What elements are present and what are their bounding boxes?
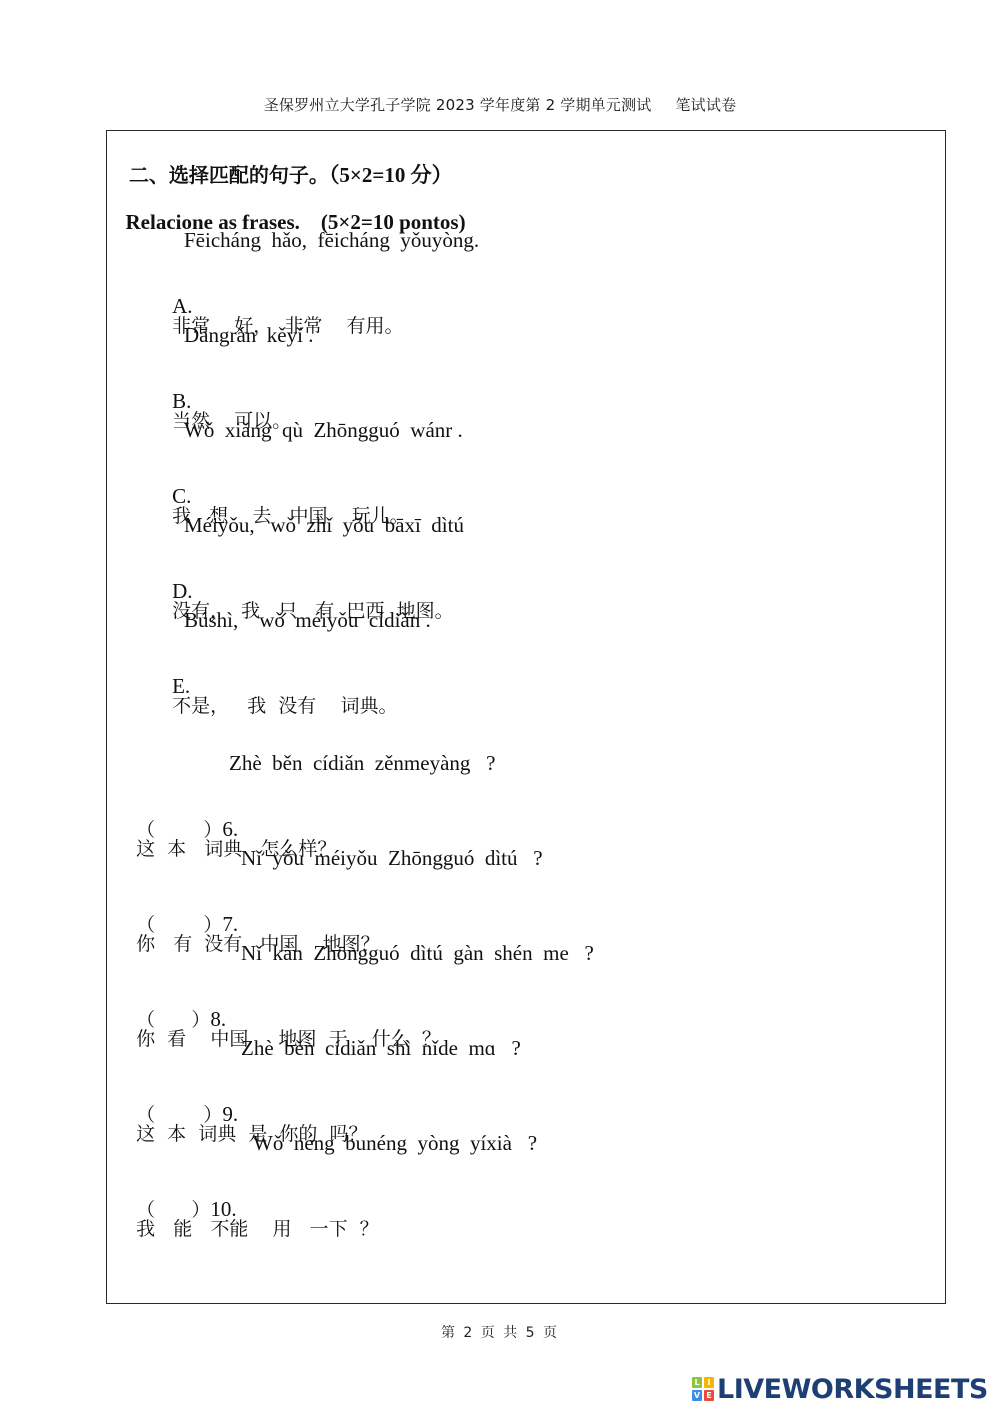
option-a-pinyin: Fēicháng hǎo, fēicháng yǒuyòng. xyxy=(184,230,479,251)
brand-name: LIVEWORKSHEETS xyxy=(717,1374,988,1405)
section-score-cn: （5×2=10 分） xyxy=(329,163,453,187)
question-8-pinyin: Nǐ kàn Zhōngguó dìtú gàn shén me ? xyxy=(241,943,594,964)
question-9-pinyin: Zhè běn cídiǎn shì nǐde mɑ ? xyxy=(241,1038,521,1059)
option-c-pinyin: Wǒ xiǎng qù Zhōngguó wánr . xyxy=(184,420,463,441)
option-e-pinyin: Búshì, wǒ méiyǒu cídiǎn . xyxy=(184,610,431,631)
page-number: 第 2 页 共 5 页 xyxy=(0,1322,1000,1342)
question-6-pinyin: Zhè běn cídiǎn zěnmeyàng ? xyxy=(229,753,495,774)
header-paper-type: 笔试试卷 xyxy=(675,96,736,114)
option-d-pinyin: Méiyǒu, wǒ zhǐ yǒu bāxī dìtú xyxy=(184,515,464,536)
logo-tile-i: I xyxy=(704,1377,714,1388)
page-header: 圣保罗州立大学孔子学院 2023 学年度第 2 学期单元测试笔试试卷 xyxy=(0,94,1000,115)
header-title: 圣保罗州立大学孔子学院 2023 学年度第 2 学期单元测试 xyxy=(264,96,652,114)
logo-tile-e: E xyxy=(704,1390,714,1401)
option-e: E. 不是， 我 没有 词典。 xyxy=(160,657,397,716)
option-b-pinyin: Dāngrán kěyǐ . xyxy=(184,325,313,346)
logo-tile-v: V xyxy=(692,1390,702,1401)
option-e-hanzi: 不是， 我 没有 词典。 xyxy=(172,695,397,717)
liveworksheets-brand: L I V E LIVEWORKSHEETS xyxy=(692,1374,988,1404)
question-10-hanzi: 我 能 不能 用 一下 ？ xyxy=(136,1218,379,1240)
question-10-pinyin: Wǒ néng bunéng yòng yíxià ? xyxy=(253,1133,537,1154)
question-10: （ ）10. 我 能 不能 用 一下 ？ xyxy=(124,1180,379,1239)
section-title-cn: 二、选择匹配的句子。（5×2=10 分） xyxy=(115,145,453,186)
logo-tile-l: L xyxy=(692,1377,702,1388)
section-title-text: 二、选择匹配的句子。 xyxy=(129,163,329,187)
liveworksheets-logo-icon: L I V E xyxy=(692,1377,714,1401)
question-7-pinyin: Nǐ yǒu méiyǒu Zhōngguó dìtú ? xyxy=(241,848,543,869)
section-title-pt: Relacione as frases. (5×2=10 pontos) xyxy=(115,191,466,233)
